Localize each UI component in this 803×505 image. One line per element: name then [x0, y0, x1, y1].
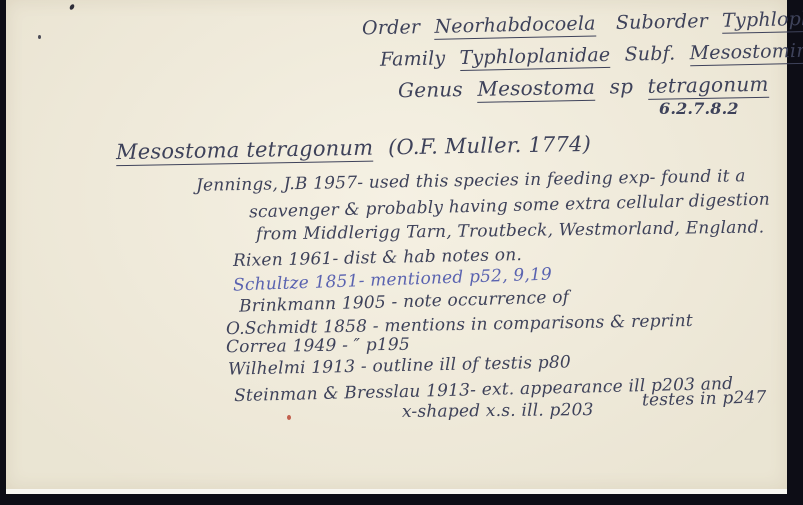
order-value: Neorhabdocoela	[434, 12, 596, 39]
family-value: Typhloplanidae	[459, 44, 610, 71]
header-line-order: Order Neorhabdocoela Suborder Typhloplan…	[362, 7, 803, 40]
genus-value: Mesostoma	[477, 75, 595, 103]
index-card: Order Neorhabdocoela Suborder Typhloplan…	[6, 0, 787, 494]
card-title: Mesostoma tetragonum (O.F. Muller. 1774)	[116, 132, 591, 164]
species-prefix: sp	[609, 74, 633, 98]
red-ink-speck	[287, 415, 291, 420]
genus-label: Genus	[398, 77, 463, 102]
header-line-family: Family Typhloplanidae Subf. Mesostominae	[380, 39, 803, 70]
note-line: x-shaped x.s. ill. p203	[402, 400, 594, 422]
order-label: Order	[362, 16, 421, 39]
title-species: Mesostoma tetragonum	[116, 136, 374, 166]
note-line: testes in p247	[642, 387, 767, 410]
ink-speck	[69, 3, 75, 10]
card-number: 6.2.7.8.2	[659, 99, 739, 118]
title-authority: (O.F. Muller. 1774)	[388, 132, 591, 160]
scan-background: Order Neorhabdocoela Suborder Typhloplan…	[0, 0, 803, 505]
subfamily-value: Mesostominae	[689, 39, 803, 66]
ink-speck	[38, 35, 41, 39]
note-line: from Middlerigg Tarn, Troutbeck, Westmor…	[256, 217, 765, 244]
header-line-genus: Genus Mesostoma sp tetragonum	[398, 72, 769, 102]
species-value: tetragonum	[647, 72, 768, 100]
family-label: Family	[380, 47, 446, 70]
subfamily-label: Subf.	[624, 43, 675, 66]
suborder-value: Typhloplanoida	[722, 7, 803, 34]
suborder-label: Suborder	[616, 10, 708, 34]
note-line: O.Schmidt 1858 - mentions in comparisons…	[226, 311, 693, 339]
note-line: Correa 1949 - ″ p195	[226, 335, 410, 358]
